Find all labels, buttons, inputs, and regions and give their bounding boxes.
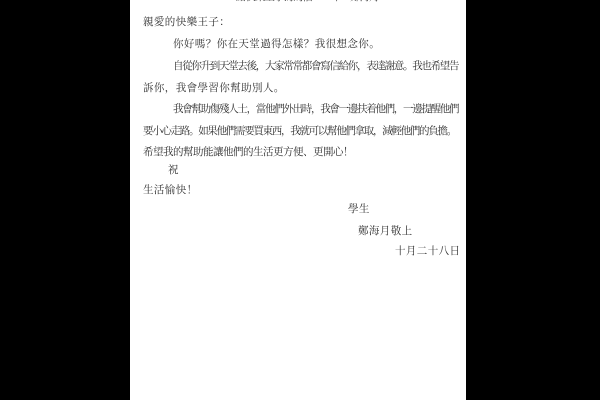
body-line-paragraph3-b: 要小心走路。如果他們需要買東西，我就可以幫他們拿取，減輕他們的負擔。 — [143, 126, 456, 138]
body-line-greeting: 你好嗎？你在天堂過得怎樣？我很想念你。 — [173, 39, 380, 51]
closing-word: 祝 — [168, 165, 179, 177]
body-line-paragraph3-c: 希望我的幫助能讓他們的生活更方便、更開心！ — [143, 147, 353, 159]
body-line-paragraph2-a: 自從你升到天堂去後，大家常常都會寫信給你，表達謝意。我也希望告 — [173, 61, 458, 73]
letter-page: 給快樂王子寫的信 二年 鄭海月 親愛的快樂王子： 你好嗎？你在天堂過得怎樣？我很… — [130, 0, 466, 400]
salutation-line: 親愛的快樂王子： — [143, 17, 230, 29]
page-header-clipped: 給快樂王子寫的信 二年 鄭海月 — [236, 0, 379, 4]
closing-wish: 生活愉快！ — [143, 185, 198, 197]
signature-name: 鄭海月敬上 — [358, 226, 413, 238]
body-line-paragraph3-a: 我會幫助傷殘人士，當他們外出時，我會一邊扶着他們，一邊提醒他們 — [173, 104, 458, 116]
signature-role: 學生 — [348, 204, 370, 216]
letter-date: 十月二十八日 — [395, 246, 460, 258]
body-line-paragraph2-b: 訴你，我會學習你幫助別人。 — [143, 83, 285, 95]
document-viewer-background: 給快樂王子寫的信 二年 鄭海月 親愛的快樂王子： 你好嗎？你在天堂過得怎樣？我很… — [0, 0, 600, 400]
